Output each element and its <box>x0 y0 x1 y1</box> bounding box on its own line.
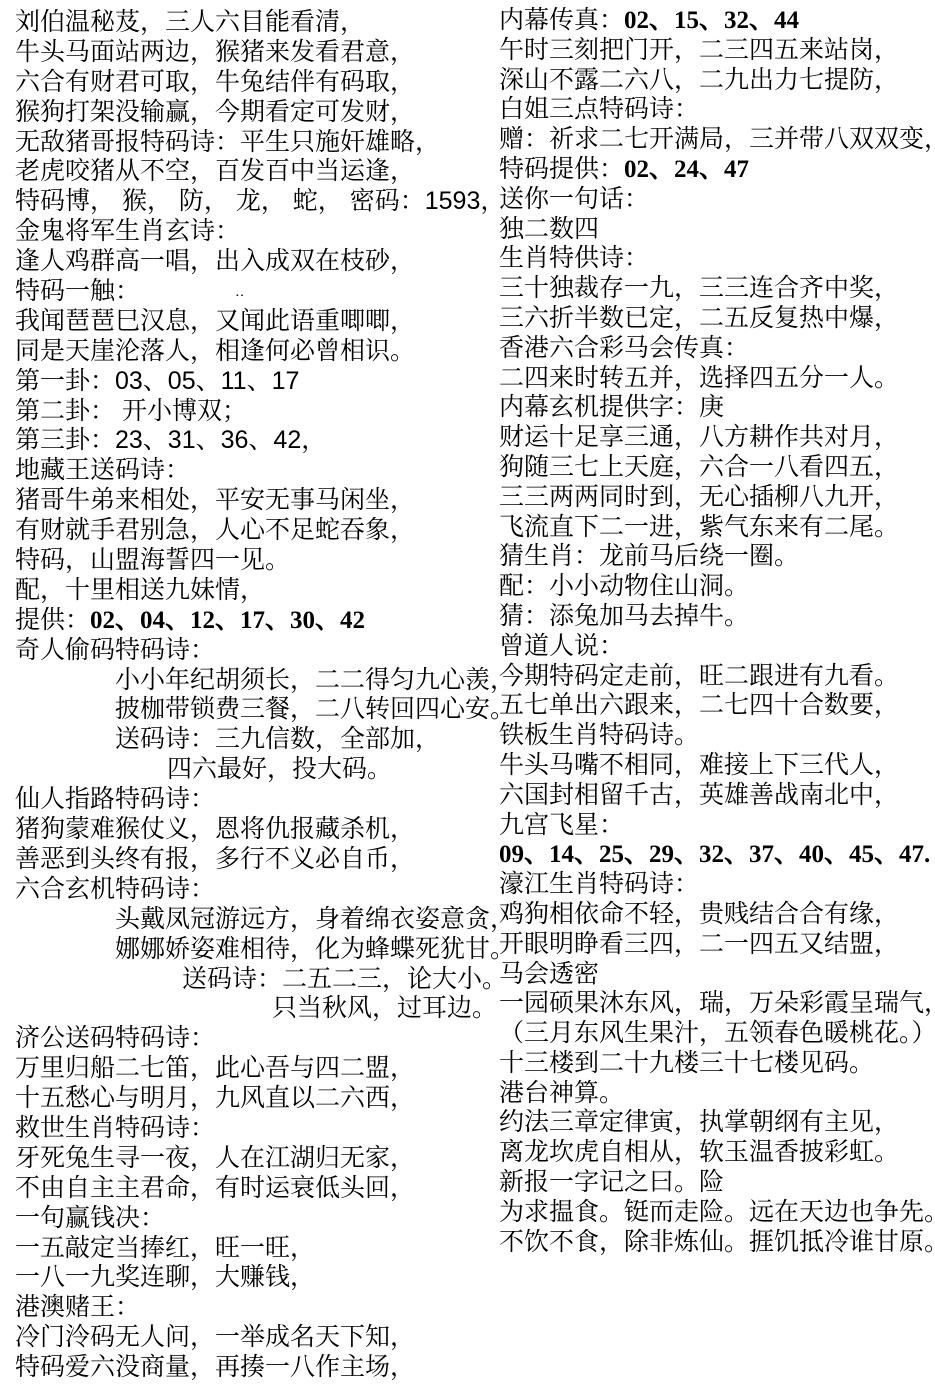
text-line: 一园硕果沐东风，瑞，万朵彩霞呈瑞气， <box>499 989 929 1019</box>
lottery-numbers: 09、14、25、29、32、37、40、45、47. <box>499 841 930 868</box>
text-line: 送码诗：二五二三，论大小。 <box>15 965 490 995</box>
text-line: 九宫飞星： <box>499 811 929 841</box>
text-segment: 赠：祈求二七开满局，三并带八双双变， <box>499 125 935 153</box>
text-segment: 五七单出六跟来，二七四十合数要， <box>499 691 899 719</box>
text-segment: 一句赢钱决： <box>15 1204 165 1232</box>
text-line: 开眼明睁看三四，二一四五又结盟， <box>499 930 929 960</box>
text-segment: 约法三章定律寅，执掌朝纲有主见， <box>499 1108 899 1136</box>
text-line: 四六最好，投大码。 <box>15 755 490 785</box>
text-line: 内幕玄机提供字：庚 <box>499 393 929 423</box>
text-segment: 猜生肖：龙前马后绕一圈。 <box>499 542 799 570</box>
text-line: 六合玄机特码诗： <box>15 875 490 905</box>
text-segment: 午时三刻把门开，二三四五来站岗， <box>499 36 899 64</box>
text-segment: 我闻琶琶巳汉息，又闻此语重唧唧， <box>15 307 415 335</box>
text-segment: 配，十里相送九妹情， <box>15 576 265 604</box>
text-segment: 一园硕果沐东风，瑞，万朵彩霞呈瑞气， <box>499 989 935 1017</box>
text-line: 三六折半数已定，二五反复热中爆， <box>499 304 929 334</box>
text-line: 09、14、25、29、32、37、40、45、47. <box>499 840 929 870</box>
text-segment: 深山不露二六八，二九出力七提防， <box>499 66 899 94</box>
text-line: 第二卦： 开小博双； <box>15 397 490 427</box>
dots-mark: ‥ <box>235 283 248 299</box>
text-line: 牛头马嘴不相同，难接上下三代人， <box>499 751 929 781</box>
text-segment: 一五敲定当捧红，旺一旺， <box>15 1234 315 1262</box>
text-line: 猜生肖：龙前马后绕一圈。 <box>499 542 929 572</box>
text-segment: 小小年纪胡须长，二二得匀九心羡， <box>115 666 515 694</box>
text-line: 六国封相留千古，英雄善战南北中， <box>499 781 929 811</box>
text-segment: 济公送码特码诗： <box>15 1024 215 1052</box>
text-line: 鸡狗相依命不轻，贵贱结合合有缘， <box>499 900 929 930</box>
text-line: 十三楼到二十九楼三十七楼见码。 <box>499 1049 929 1079</box>
text-line: 猴狗打架没输赢，今期看定可发财， <box>15 98 490 128</box>
text-segment: 配：小小动物住山洞。 <box>499 572 749 600</box>
text-segment: 六合玄机特码诗： <box>15 875 215 903</box>
text-line: 奇人偷码特码诗： <box>15 636 490 666</box>
text-line: 特码，山盟海誓四一见。 <box>15 546 490 576</box>
text-segment: 铁板生肖特码诗。 <box>499 721 699 749</box>
text-segment: 披枷带锁费三餐，二八转回四心安。 <box>115 695 515 723</box>
text-line: 深山不露二六八，二九出力七提防， <box>499 66 929 96</box>
text-segment: 刘伯温秘芨，三人六目能看清， <box>15 8 365 36</box>
text-segment: 三三两两同时到，无心插柳八九开， <box>499 483 899 511</box>
text-segment: 马会透密 <box>499 960 599 988</box>
text-line: 我闻琶琶巳汉息，又闻此语重唧唧， <box>15 307 490 337</box>
text-segment: 猴狗打架没输赢，今期看定可发财， <box>15 98 415 126</box>
text-line: 二四来时转五并，选择四五分一人。 <box>499 364 929 394</box>
text-segment: 不饮不食，除非炼仙。捱饥抵冷谁甘原。 <box>499 1228 935 1256</box>
lottery-numbers: 02、04、12、17、30、42 <box>90 607 365 634</box>
text-line: 刘伯温秘芨，三人六目能看清， <box>15 8 490 38</box>
text-line: 牛头马面站两边，猴猪来发看君意， <box>15 38 490 68</box>
text-segment: 仙人指路特码诗： <box>15 785 215 813</box>
text-line: 白姐三点特码诗： <box>499 95 929 125</box>
text-line: 今期特码定走前，旺二跟进有九看。 <box>499 662 929 692</box>
text-line: 无敌猪哥报特码诗：平生只施奸雄略， <box>15 128 490 158</box>
text-line: 财运十足享三通，八方耕作共对月， <box>499 423 929 453</box>
text-segment: 生肖特供诗： <box>499 244 649 272</box>
text-segment: 同是天崖沦落人，相逢何必曾相识。 <box>15 337 415 365</box>
text-segment: 第一卦：03、05、11、17 <box>15 367 299 395</box>
text-line: 港台神算。 <box>499 1079 929 1109</box>
text-segment: 港台神算。 <box>499 1079 624 1107</box>
text-line: 牙死兔生寻一夜，人在江湖归无家， <box>15 1144 490 1174</box>
text-segment: 奇人偷码特码诗： <box>15 636 215 664</box>
text-line: 猜：添兔加马去掉牛。 <box>499 602 929 632</box>
text-segment: 特码，山盟海誓四一见。 <box>15 546 290 574</box>
text-line: 善恶到头终有报，多行不义必自币， <box>15 845 490 875</box>
text-segment: 新报一字记之曰。险 <box>499 1168 724 1196</box>
text-line: 十五愁心与明月，九风直以二六西， <box>15 1084 490 1114</box>
text-line: 一八一九奖连聊，大赚钱， <box>15 1263 490 1293</box>
text-line: 港澳赌王： <box>15 1293 490 1323</box>
text-line: 香港六合彩马会传真： <box>499 334 929 364</box>
text-line: 午时三刻把门开，二三四五来站岗， <box>499 36 929 66</box>
text-line: 万里归船二七笛，此心吾与四二盟， <box>15 1054 490 1084</box>
text-segment: 逢人鸡群高一唱，出入成双在枝砂， <box>15 247 415 275</box>
text-line: 冷门泠码无人问，一举成名天下知， <box>15 1323 490 1353</box>
text-segment: 特码提供： <box>499 155 624 183</box>
text-line: 济公送码特码诗： <box>15 1024 490 1054</box>
text-line: 送你一句话： <box>499 185 929 215</box>
text-segment: 十三楼到二十九楼三十七楼见码。 <box>499 1049 874 1077</box>
text-segment: 六国封相留千古，英雄善战南北中， <box>499 781 899 809</box>
text-segment: 三六折半数已定，二五反复热中爆， <box>499 304 899 332</box>
text-line: 为求揾食。铤而走险。远在天边也争先。 <box>499 1198 929 1228</box>
text-segment: 不由自主主君命，有时运衰低头回， <box>15 1174 415 1202</box>
text-segment: 只当秋风，过耳边。 <box>272 994 497 1022</box>
text-line: 三三两两同时到，无心插柳八九开， <box>499 483 929 513</box>
text-segment: 白姐三点特码诗： <box>499 95 699 123</box>
text-segment: 娜娜娇姿难相待，化为蜂蝶死犹甘。 <box>115 935 515 963</box>
text-line: 赠：祈求二七开满局，三并带八双双变， <box>499 125 929 155</box>
text-segment: 六合有财君可取，牛兔结伴有码取， <box>15 68 415 96</box>
text-line: 第一卦：03、05、11、17 <box>15 367 490 397</box>
text-line: 小小年纪胡须长，二二得匀九心羡， <box>15 666 490 696</box>
text-line: 地藏王送码诗： <box>15 456 490 486</box>
text-line: 特码爱六没商量，再揍一八作主场， <box>15 1353 490 1383</box>
right-text-column: 内幕传真：02、15、32、44午时三刻把门开，二三四五来站岗，深山不露二六八，… <box>499 6 929 1257</box>
text-line: 曾道人说： <box>499 632 929 662</box>
text-line: 一五敲定当捧红，旺一旺， <box>15 1234 490 1264</box>
text-segment: 第二卦： 开小博双； <box>15 397 247 425</box>
left-text-column: 刘伯温秘芨，三人六目能看清，牛头马面站两边，猴猪来发看君意，六合有财君可取，牛兔… <box>15 8 490 1383</box>
text-line: 娜娜娇姿难相待，化为蜂蝶死犹甘。 <box>15 935 490 965</box>
text-segment: 第三卦：23、31、36、42， <box>15 426 326 454</box>
text-line: 第三卦：23、31、36、42， <box>15 426 490 456</box>
text-segment: 今期特码定走前，旺二跟进有九看。 <box>499 662 899 690</box>
text-line: 马会透密 <box>499 960 929 990</box>
text-segment: 送码诗：二五二三，论大小。 <box>182 965 507 993</box>
text-line: 只当秋风，过耳边。 <box>15 994 490 1024</box>
text-line: 内幕传真：02、15、32、44 <box>499 6 929 36</box>
text-segment: 独二数四 <box>499 215 599 243</box>
text-line: 老虎咬猪从不空，百发百中当运逢， <box>15 157 490 187</box>
text-line: 配：小小动物住山洞。 <box>499 572 929 602</box>
text-line: 约法三章定律寅，执掌朝纲有主见， <box>499 1108 929 1138</box>
text-segment: 二四来时转五并，选择四五分一人。 <box>499 364 899 392</box>
lottery-numbers: 02、24、47 <box>624 156 749 183</box>
text-line: 不由自主主君命，有时运衰低头回， <box>15 1174 490 1204</box>
text-line: 猪哥牛弟来相处，平安无事马闲坐， <box>15 486 490 516</box>
text-line: 特码博， 猴， 防， 龙， 蛇， 密码：1593， <box>15 187 490 217</box>
text-line: 送码诗：三九信数，全部加， <box>15 725 490 755</box>
text-segment: 内幕玄机提供字：庚 <box>499 393 724 421</box>
text-line: 一句赢钱决： <box>15 1204 490 1234</box>
text-segment: 三十独裁存一九，三三连合齐中奖， <box>499 274 899 302</box>
text-segment: 送你一句话： <box>499 185 649 213</box>
text-line: 有财就手君别急，人心不足蛇吞象， <box>15 516 490 546</box>
text-segment: 离龙坎虎自相从，软玉温香披彩虹。 <box>499 1138 899 1166</box>
tip-sheet-page: 刘伯温秘芨，三人六目能看清，牛头马面站两边，猴猪来发看君意，六合有财君可取，牛兔… <box>0 0 935 1388</box>
text-line: 狗随三七上天庭，六合一八看四五， <box>499 453 929 483</box>
text-segment: 万里归船二七笛，此心吾与四二盟， <box>15 1054 415 1082</box>
text-segment: 特码博， 猴， 防， 龙， 蛇， 密码：1593， <box>15 187 505 215</box>
text-segment: 曾道人说： <box>499 632 624 660</box>
text-line: 独二数四 <box>499 215 929 245</box>
text-line: 特码一触：‥ <box>15 277 490 307</box>
text-segment: 送码诗：三九信数，全部加， <box>115 725 440 753</box>
text-line: 头戴凤冠游远方，身着绵衣姿意贪， <box>15 905 490 935</box>
text-line: 新报一字记之曰。险 <box>499 1168 929 1198</box>
text-segment: 十五愁心与明月，九风直以二六西， <box>15 1084 415 1112</box>
text-segment: 猪哥牛弟来相处，平安无事马闲坐， <box>15 486 415 514</box>
text-segment: 有财就手君别急，人心不足蛇吞象， <box>15 516 415 544</box>
text-line: 六合有财君可取，牛兔结伴有码取， <box>15 68 490 98</box>
text-segment: 猪狗蒙难猴仗义，恩将仇报藏杀机， <box>15 815 415 843</box>
text-segment: 飞流直下二一进，紫气东来有二尾。 <box>499 513 899 541</box>
text-line: 濠江生肖特码诗： <box>499 870 929 900</box>
text-line: 金鬼将军生肖玄诗： <box>15 217 490 247</box>
text-line: 特码提供：02、24、47 <box>499 155 929 185</box>
text-segment: 牛头马面站两边，猴猪来发看君意， <box>15 38 415 66</box>
text-line: 五七单出六跟来，二七四十合数要， <box>499 691 929 721</box>
text-segment: （三月东风生果汁，五领春色暖桃花。） <box>499 1019 935 1047</box>
lottery-numbers: 02、15、32、44 <box>624 7 799 34</box>
text-line: 飞流直下二一进，紫气东来有二尾。 <box>499 513 929 543</box>
text-segment: 开眼明睁看三四，二一四五又结盟， <box>499 930 899 958</box>
text-segment: 老虎咬猪从不空，百发百中当运逢， <box>15 157 415 185</box>
text-line: 救世生肖特码诗： <box>15 1114 490 1144</box>
text-segment: 头戴凤冠游远方，身着绵衣姿意贪， <box>115 905 515 933</box>
text-segment: 提供： <box>15 606 90 634</box>
text-segment: 香港六合彩马会传真： <box>499 334 749 362</box>
text-segment: 牛头马嘴不相同，难接上下三代人， <box>499 751 899 779</box>
text-line: （三月东风生果汁，五领春色暖桃花。） <box>499 1019 929 1049</box>
text-segment: 无敌猪哥报特码诗：平生只施奸雄略， <box>15 128 440 156</box>
text-line: 铁板生肖特码诗。 <box>499 721 929 751</box>
text-segment: 金鬼将军生肖玄诗： <box>15 217 240 245</box>
text-line: 仙人指路特码诗： <box>15 785 490 815</box>
text-line: 配，十里相送九妹情， <box>15 576 490 606</box>
text-line: 提供：02、04、12、17、30、42 <box>15 606 490 636</box>
text-segment: 牙死兔生寻一夜，人在江湖归无家， <box>15 1144 415 1172</box>
text-line: 同是天崖沦落人，相逢何必曾相识。 <box>15 337 490 367</box>
text-line: 生肖特供诗： <box>499 244 929 274</box>
text-segment: 狗随三七上天庭，六合一八看四五， <box>499 453 899 481</box>
text-line: 离龙坎虎自相从，软玉温香披彩虹。 <box>499 1138 929 1168</box>
text-segment: 冷门泠码无人问，一举成名天下知， <box>15 1323 415 1351</box>
text-segment: 鸡狗相依命不轻，贵贱结合合有缘， <box>499 900 899 928</box>
text-line: 逢人鸡群高一唱，出入成双在枝砂， <box>15 247 490 277</box>
text-line: 披枷带锁费三餐，二八转回四心安。 <box>15 695 490 725</box>
text-line: 不饮不食，除非炼仙。捱饥抵冷谁甘原。 <box>499 1228 929 1258</box>
text-segment: 为求揾食。铤而走险。远在天边也争先。 <box>499 1198 935 1226</box>
text-segment: 地藏王送码诗： <box>15 456 190 484</box>
text-segment: 特码一触： <box>15 277 140 305</box>
text-segment: 四六最好，投大码。 <box>167 755 392 783</box>
text-line: 三十独裁存一九，三三连合齐中奖， <box>499 274 929 304</box>
text-segment: 港澳赌王： <box>15 1293 140 1321</box>
text-segment: 特码爱六没商量，再揍一八作主场， <box>15 1353 415 1381</box>
text-segment: 九宫飞星： <box>499 811 624 839</box>
text-segment: 内幕传真： <box>499 6 624 34</box>
text-segment: 一八一九奖连聊，大赚钱， <box>15 1263 315 1291</box>
text-segment: 财运十足享三通，八方耕作共对月， <box>499 423 899 451</box>
text-segment: 濠江生肖特码诗： <box>499 870 699 898</box>
text-segment: 救世生肖特码诗： <box>15 1114 215 1142</box>
text-line: 猪狗蒙难猴仗义，恩将仇报藏杀机， <box>15 815 490 845</box>
text-segment: 猜：添兔加马去掉牛。 <box>499 602 749 630</box>
text-segment: 善恶到头终有报，多行不义必自币， <box>15 845 415 873</box>
